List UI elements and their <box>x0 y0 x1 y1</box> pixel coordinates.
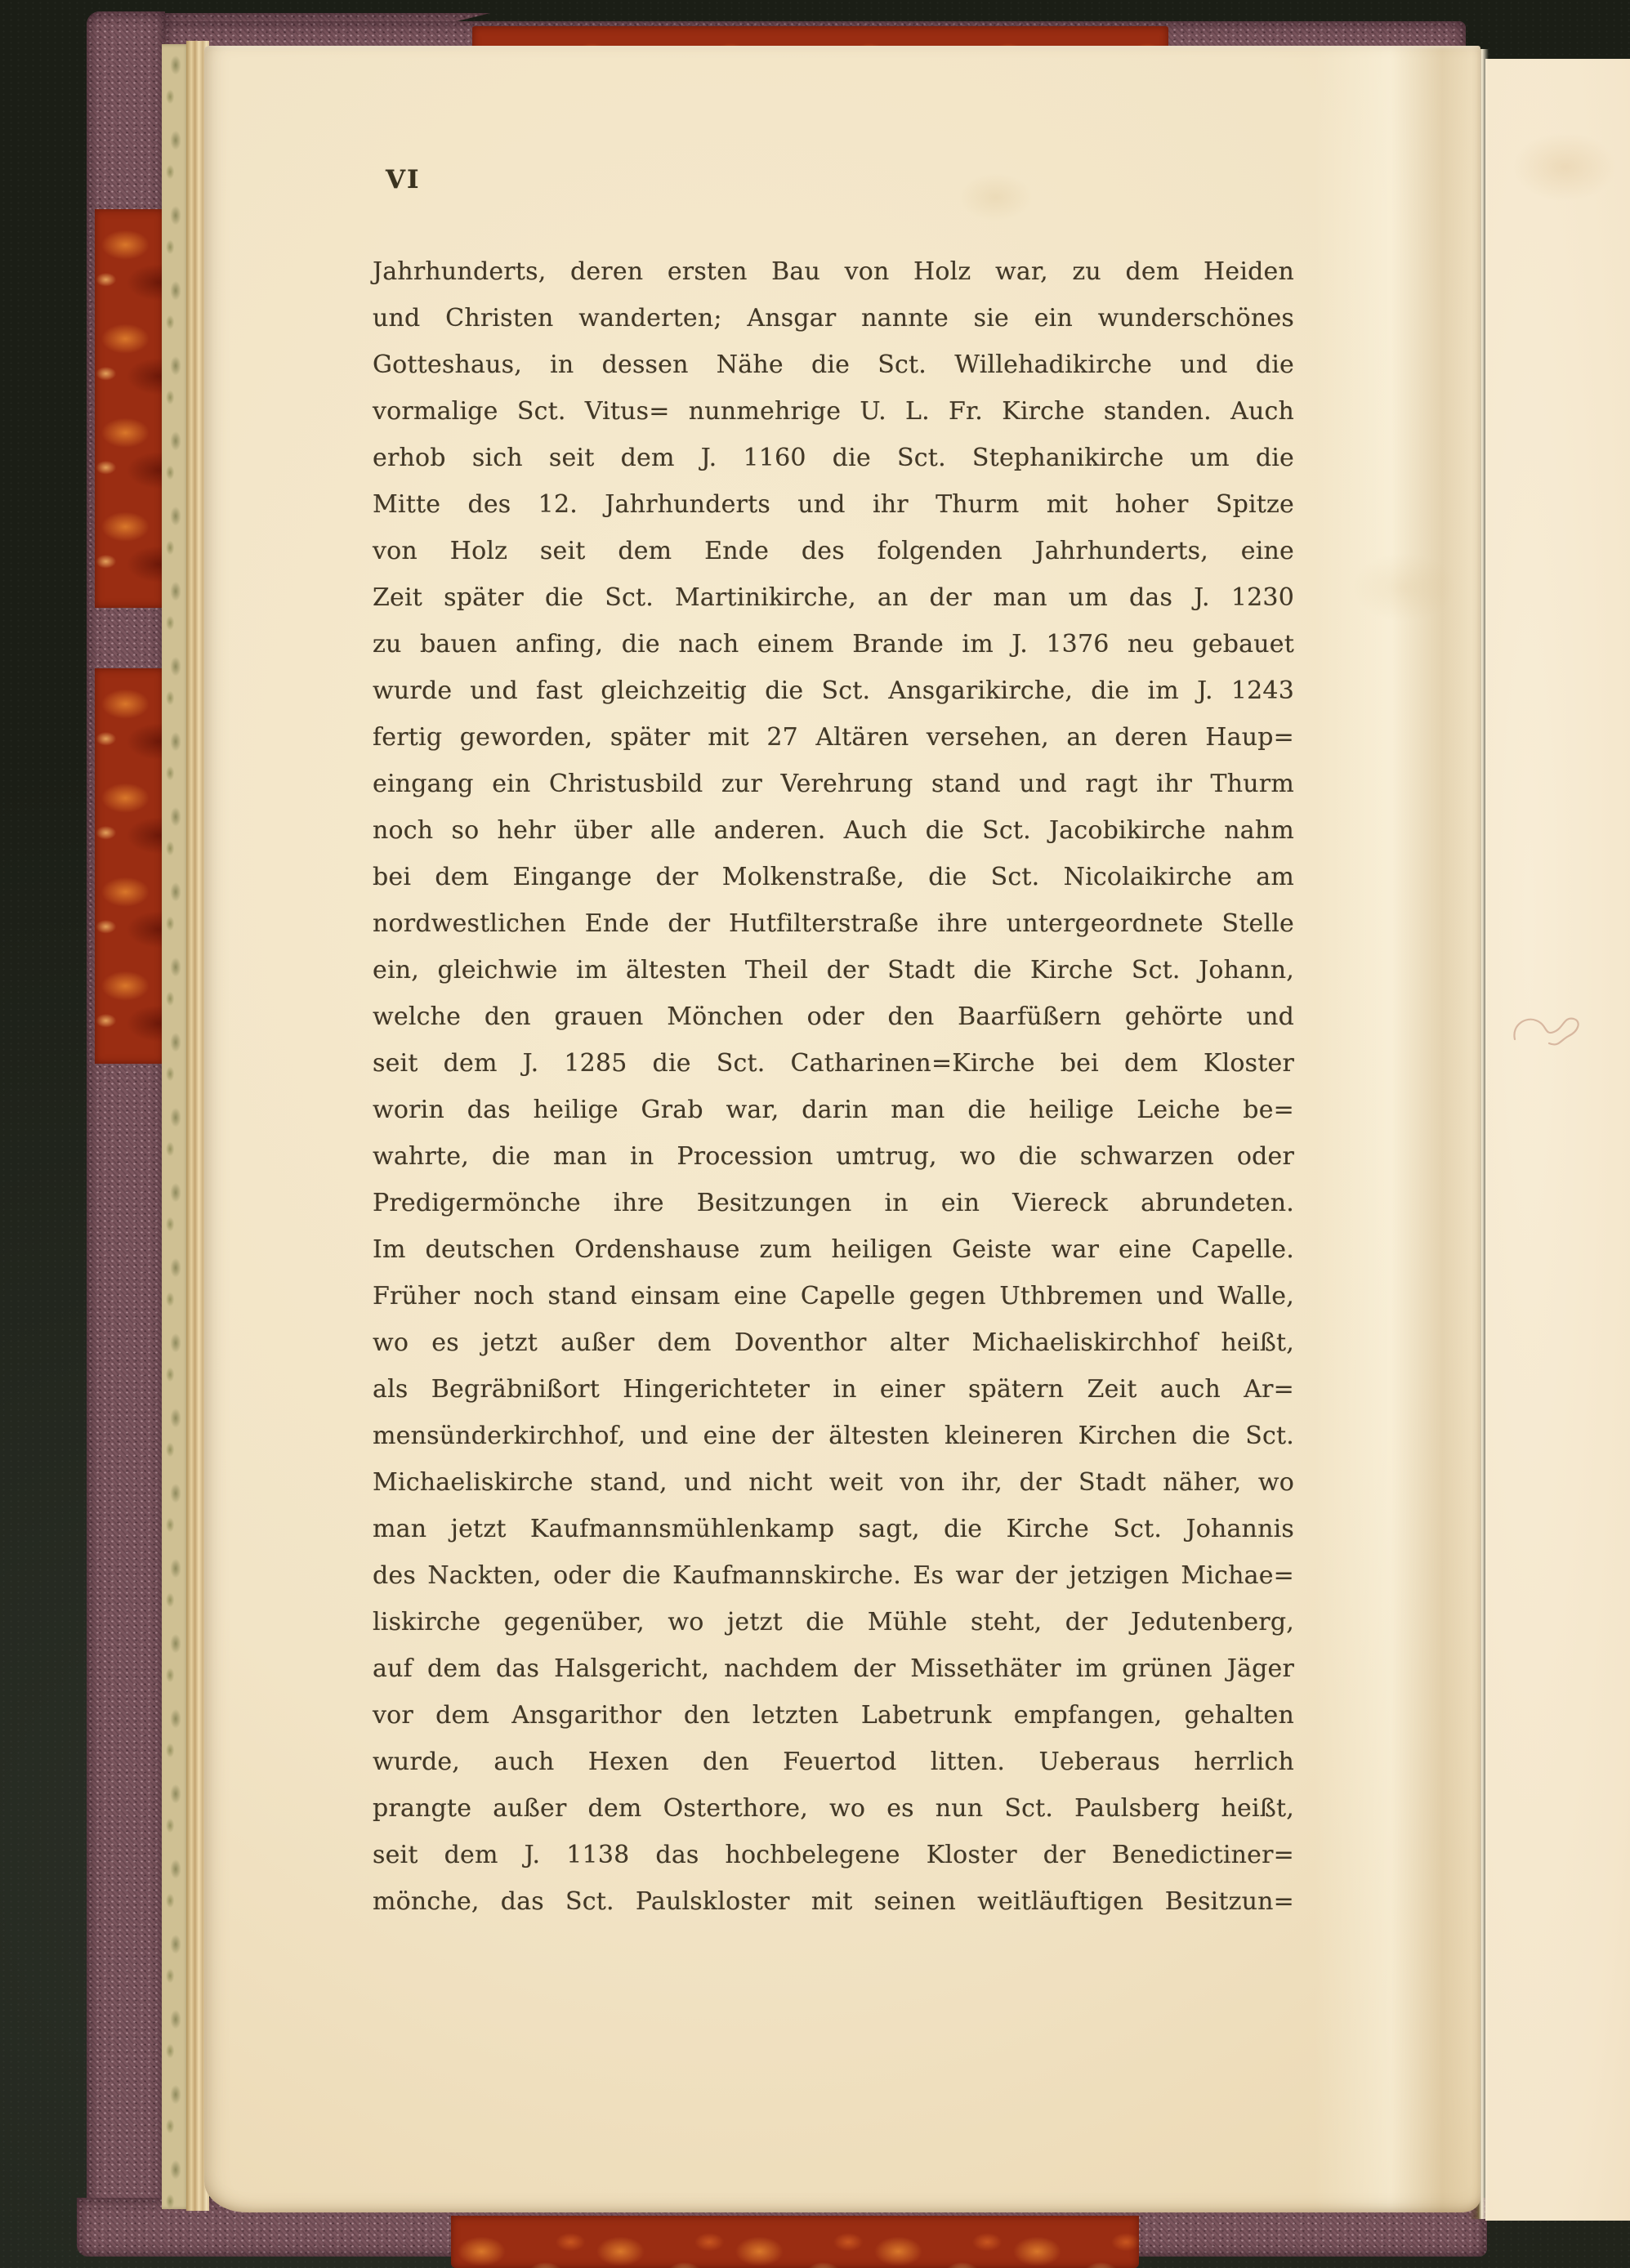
text-line: eingang ein Christusbild zur Verehrung s… <box>373 761 1294 807</box>
text-line: worin das heilige Grab war, darin man di… <box>373 1087 1294 1133</box>
text-line: ein, gleichwie im ältesten Theil der Sta… <box>373 947 1294 993</box>
text-line: Zeit später die Sct. Martinikirche, an d… <box>373 574 1294 621</box>
text-line: wo es jetzt außer dem Doventhor alter Mi… <box>373 1319 1294 1366</box>
text-line: erhob sich seit dem J. 1160 die Sct. Ste… <box>373 435 1294 481</box>
text-line: vor dem Ansgarithor den letzten Labetrun… <box>373 1692 1294 1739</box>
text-line: liskirche gegenüber, wo jetzt die Mühle … <box>373 1599 1294 1645</box>
text-line: Predigermönche ihre Besitzungen in ein V… <box>373 1180 1294 1226</box>
text-line: des Nackten, oder die Kaufmannskirche. E… <box>373 1552 1294 1599</box>
text-line: Im deutschen Ordenshause zum heiligen Ge… <box>373 1226 1294 1273</box>
photo-background: VI Jahrhunderts, deren ersten Bau von Ho… <box>0 0 1630 2268</box>
page-number: VI <box>386 165 421 194</box>
text-line: welche den grauen Mönchen oder den Baarf… <box>373 993 1294 1040</box>
pencil-squiggle <box>1510 1007 1592 1060</box>
endpaper-floral-edge <box>162 44 190 2209</box>
marbled-leather-spine-top <box>95 209 163 608</box>
text-line: bei dem Eingange der Molkenstraße, die S… <box>373 854 1294 900</box>
text-line: Früher noch stand einsam eine Capelle ge… <box>373 1273 1294 1319</box>
text-line: auf dem das Halsgericht, nachdem der Mis… <box>373 1645 1294 1692</box>
text-line: vormalige Sct. Vitus= nunmehrige U. L. F… <box>373 388 1294 435</box>
text-line: mönche, das Sct. Paulskloster mit seinen… <box>373 1878 1294 1925</box>
text-line: seit dem J. 1138 das hochbelegene Kloste… <box>373 1832 1294 1878</box>
text-line: von Holz seit dem Ende des folgenden Jah… <box>373 528 1294 574</box>
text-line: man jetzt Kaufmannsmühlenkamp sagt, die … <box>373 1506 1294 1552</box>
text-line: wahrte, die man in Procession umtrug, wo… <box>373 1133 1294 1180</box>
body-text: Jahrhunderts, deren ersten Bau von Holz … <box>373 248 1294 1925</box>
text-line: mensünderkirchhof, und eine der ältesten… <box>373 1413 1294 1459</box>
marbled-leather-spine-bottom <box>95 668 163 1064</box>
marbled-leather-bottom-edge <box>451 2216 1139 2268</box>
text-line: als Begräbnißort Hingerichteter in einer… <box>373 1366 1294 1413</box>
text-line: noch so hehr über alle anderen. Auch die… <box>373 807 1294 854</box>
text-line: nordwestlichen Ende der Hutfilterstraße … <box>373 900 1294 947</box>
text-line: zu bauen anfing, die nach einem Brande i… <box>373 621 1294 667</box>
text-line: seit dem J. 1285 die Sct. Catharinen=Kir… <box>373 1040 1294 1087</box>
text-line: Jahrhunderts, deren ersten Bau von Holz … <box>373 248 1294 295</box>
text-line: wurde und fast gleichzeitig die Sct. Ans… <box>373 667 1294 714</box>
text-line: Michaeliskirche stand, und nicht weit vo… <box>373 1459 1294 1506</box>
text-line: Gotteshaus, in dessen Nähe die Sct. Will… <box>373 342 1294 388</box>
text-line: wurde, auch Hexen den Feuertod litten. U… <box>373 1739 1294 1785</box>
book-page: VI Jahrhunderts, deren ersten Bau von Ho… <box>204 46 1480 2212</box>
facing-page-sliver <box>1485 59 1630 2221</box>
text-line: fertig geworden, später mit 27 Altären v… <box>373 714 1294 761</box>
text-line: und Christen wanderten; Ansgar nannte si… <box>373 295 1294 342</box>
text-line: Mitte des 12. Jahrhunderts und ihr Thurm… <box>373 481 1294 528</box>
text-line: prangte außer dem Osterthore, wo es nun … <box>373 1785 1294 1832</box>
